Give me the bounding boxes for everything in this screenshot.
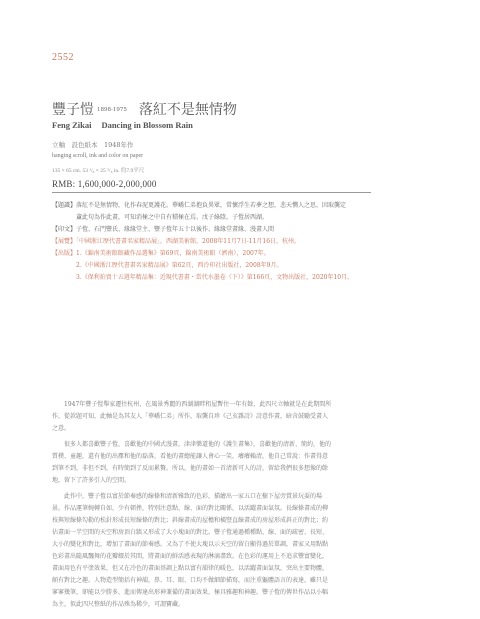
essay-paragraph-3: 此作中，豐子愷以富於節奏感的線條和清新雅致的色彩，描繪出一家五口在樹下屋旁賞景玩… (52, 491, 332, 611)
essay-paragraph-1: 1947年豐子愷舉家遷往杭州，在風景秀麗的西湖湖畔租屋暫住一年有餘，此四尺立軸就… (52, 399, 332, 435)
inscription-tag: 【題識】 (52, 202, 76, 209)
exhibited-block: 【展覽】「中國浙江歷代書畫名家精品展」，西湖美術館，2008年11月7日-11月… (52, 236, 382, 248)
literature-item-2: 2.《中國浙江歷代書畫名家精品展》第62頁，西泠印社出版社，2008年9月。 (52, 260, 382, 272)
dimensions: 135 × 65 cm. 53 ¹/₈ × 25 ⁵/₈ in. 約7.9平尺 (52, 166, 144, 174)
essay: 1947年豐子愷舉家遷往杭州，在風景秀麗的西湖湖畔租屋暫住一年有餘，此四尺立軸就… (52, 399, 332, 615)
seals-block: 【印文】子愷、石門豐氏、緣緣堂主、豐子愷年五十以後作、緣緣堂畫緣、漫畫人間 (52, 224, 382, 236)
artist-name-en: Feng Zikai (52, 120, 91, 130)
exhibited-tag: 【展覽】 (52, 238, 76, 245)
divider (52, 192, 371, 193)
literature-item-3: 3.《保利拍賣十五週年精品集：近現代書畫・當代水墨卷（下）》第166頁，文物出版… (52, 272, 382, 284)
inscription-block: 【題識】落紅不是無情物，化作春泥更護花。華嶠仁弟抱負異眾，常懷浮生若夢之想，悲天… (52, 200, 382, 224)
seals-text: 子愷、石門豐氏、緣緣堂主、豐子愷年五十以後作、緣緣堂畫緣、漫畫人間 (76, 226, 274, 233)
estimate: RMB: 1,600,000-2,000,000 (52, 179, 157, 189)
inscription-line2: 盦此句為作此畫，可知消極之中自有積極在焉。戊子綠陰，子愷居西湖。 (52, 212, 382, 224)
title-chinese: 豐子愷1898-1975落紅不是無情物 (52, 99, 237, 119)
work-title-en: Dancing in Blossom Rain (101, 120, 192, 130)
medium-english: hanging scroll, ink and color on paper (52, 153, 143, 159)
literature-tag: 【出版】 (52, 250, 76, 257)
artist-dates: 1898-1975 (97, 107, 127, 113)
artist-name-cn: 豐子愷 (52, 102, 94, 118)
medium-chinese: 立軸 設色紙本 1948年作 (52, 140, 134, 149)
work-title-cn: 落紅不是無情物 (139, 102, 237, 118)
inscription-line1: 落紅不是無情物，化作春泥更護花。華嶠仁弟抱負異眾，常懷浮生若夢之想，悲天憫人之思… (76, 202, 346, 209)
seals-tag: 【印文】 (52, 226, 76, 233)
exhibited-text: 「中國浙江歷代書畫名家精品展」，西湖美術館，2008年11月7日-11月16日，… (76, 238, 300, 245)
literature-block: 【出版】1.《錦南美術館館藏作品選集》第69頁，錦南美術館（濟南），2007年。… (52, 248, 382, 284)
lot-number: 2552 (52, 52, 74, 63)
essay-paragraph-2: 很多人都喜歡豐子愷，喜歡他的中國式漫畫，津津樂道他的《護生畫集》，喜歡他的清新、… (52, 439, 332, 487)
title-english: Feng ZikaiDancing in Blossom Rain (52, 120, 193, 130)
literature-item-1: 1.《錦南美術館館藏作品選集》第69頁，錦南美術館（濟南），2007年。 (76, 250, 270, 257)
